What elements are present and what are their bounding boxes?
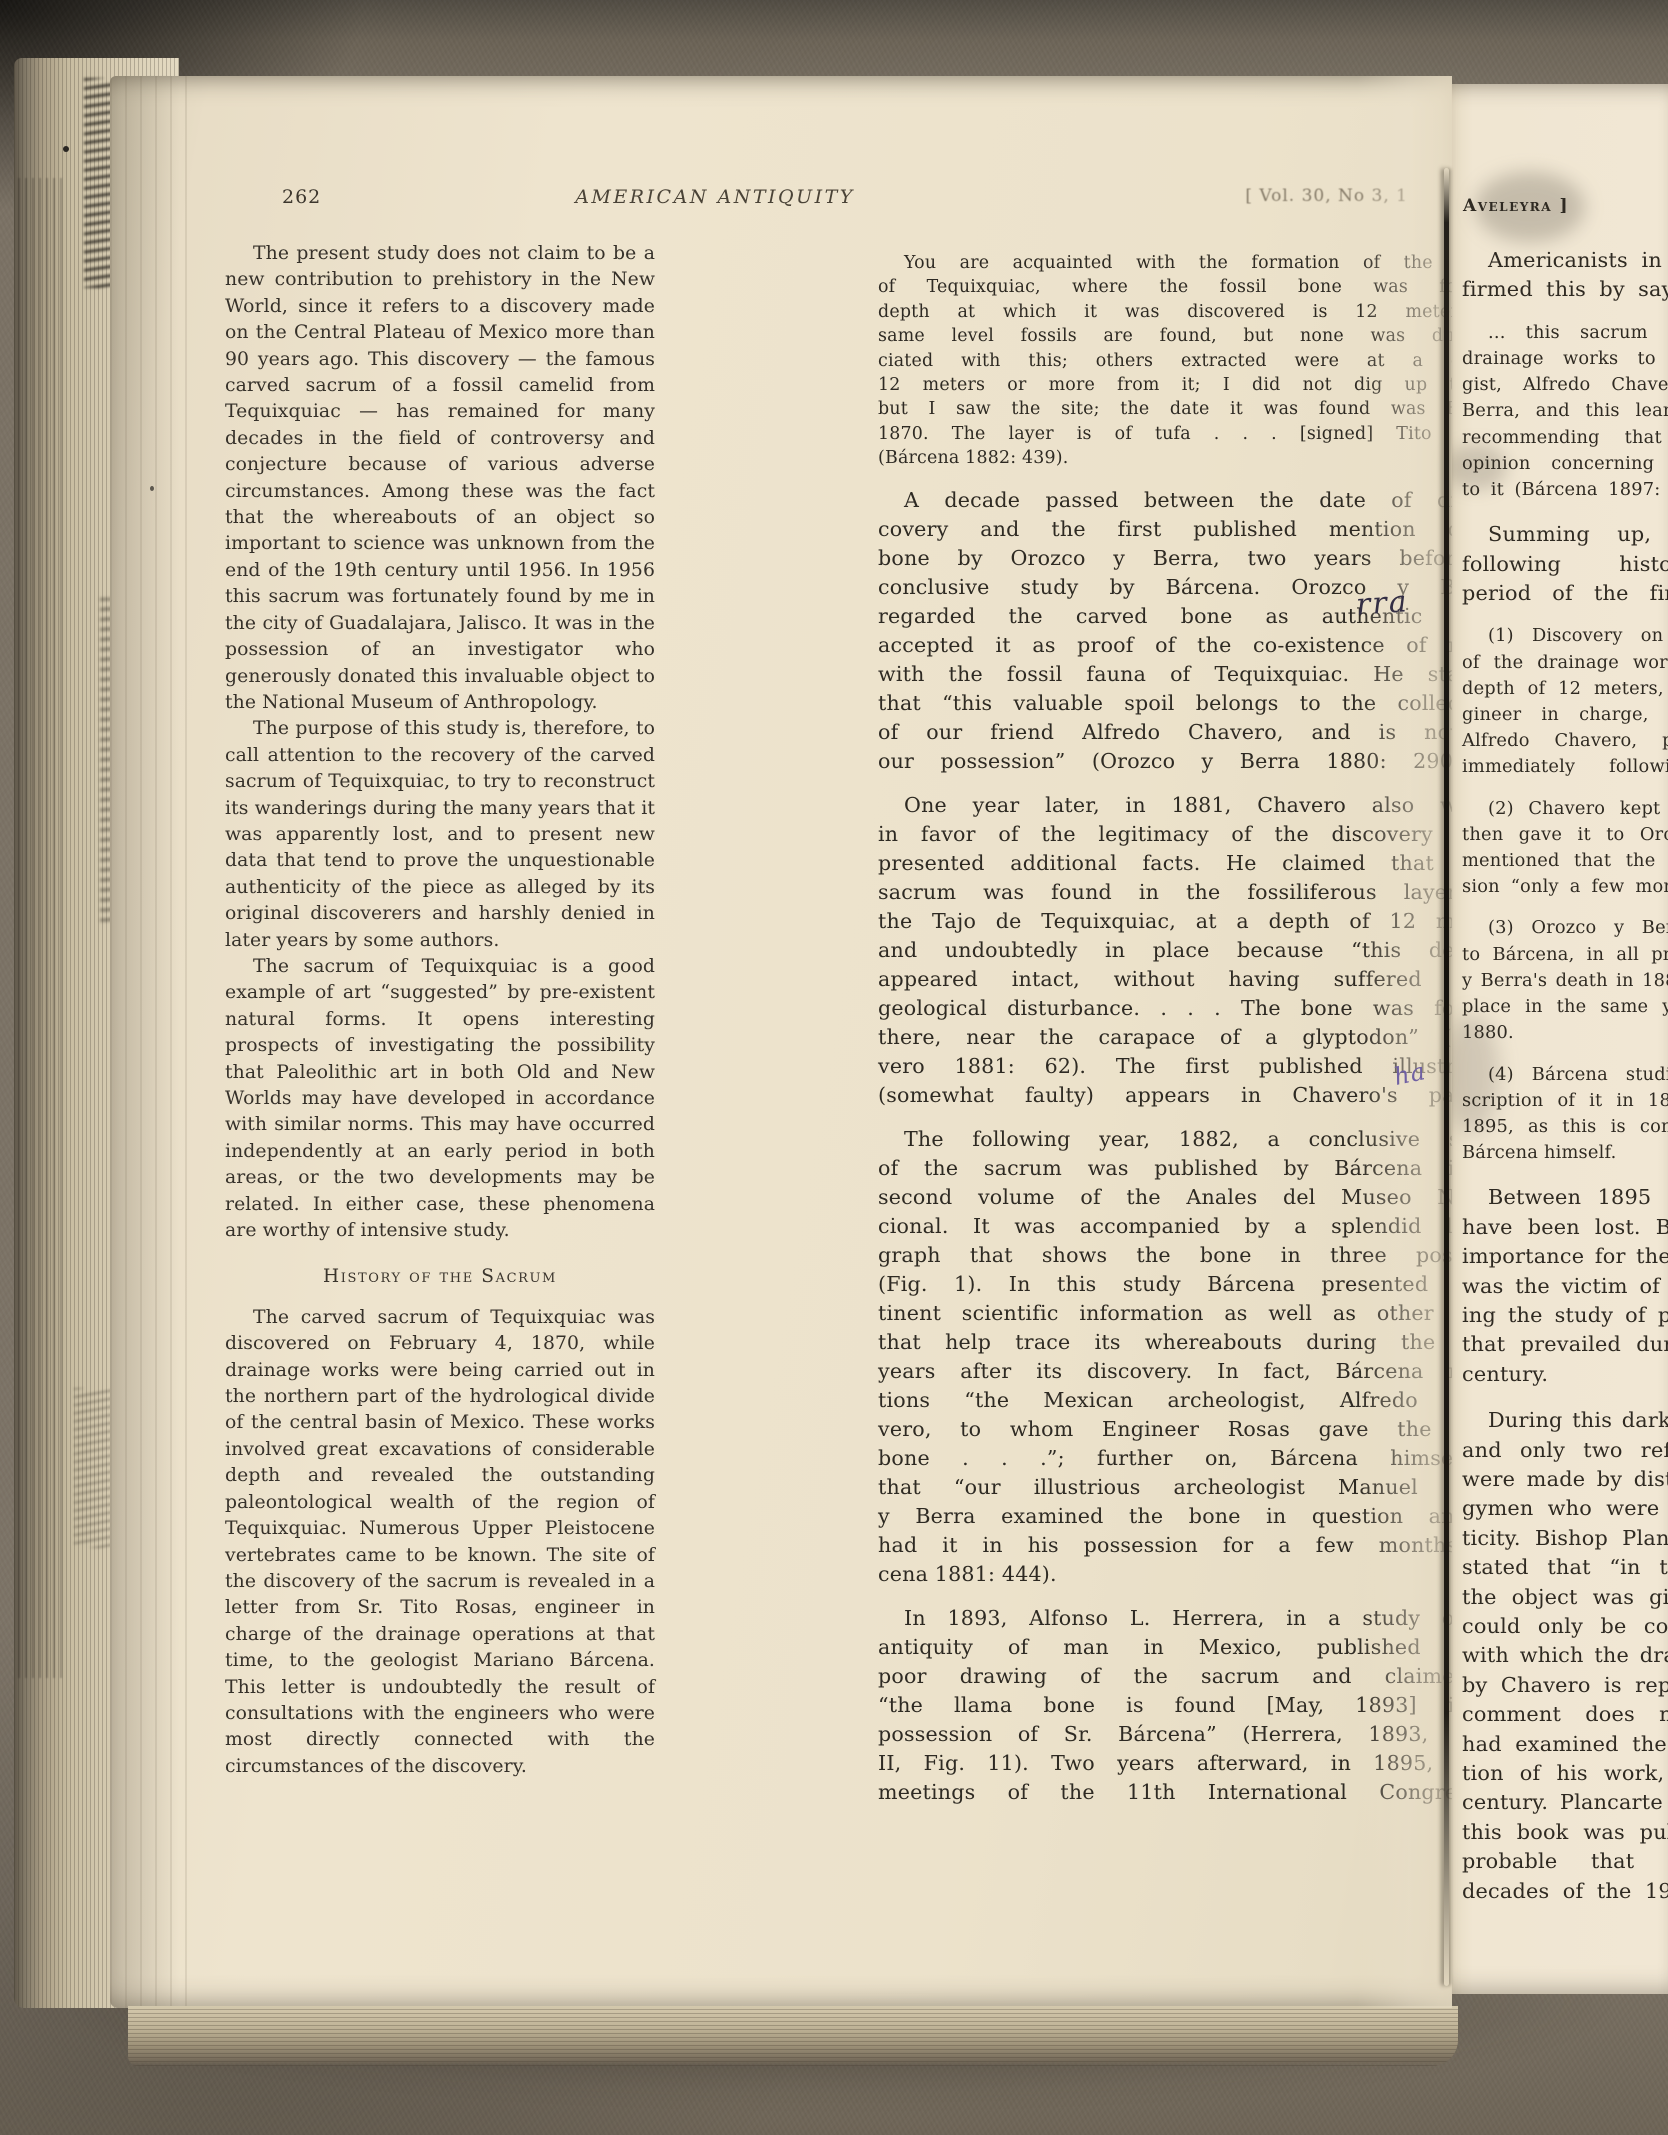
text-line: ... this sacrum wa	[1462, 320, 1668, 346]
text-line: (2) Chavero kept th	[1462, 796, 1668, 822]
text-line: depth of 12 meters, in	[1462, 676, 1668, 702]
text-line: decades of the 19th	[1462, 1877, 1668, 1906]
text-line: second volume of the Anales del Museo Na	[878, 1183, 1452, 1212]
text-line: y Berra examined the bone in question an…	[878, 1502, 1452, 1531]
text-line: bone by Orozco y Berra, two years before	[878, 544, 1452, 573]
text-line: Between 1895 an	[1462, 1183, 1668, 1212]
text-line: (somewhat faulty) appears in Chavero's p…	[878, 1081, 1452, 1110]
text-line: depth at which it was discovered is 12 m…	[878, 300, 1452, 324]
text-line: conclusive study by Bárcena. Orozco y Be	[878, 573, 1452, 602]
text-line: The following year, 1882, a conclusive s…	[878, 1125, 1452, 1154]
author-running-head: Aveleyra ]	[1463, 196, 1569, 216]
text-line: our possession” (Orozco y Berra 1880: 29…	[878, 747, 1452, 776]
numbered-item-3: (3) Orozco y Berrato Bárcena, in all pro…	[1462, 915, 1668, 1046]
decade-paragraph: A decade passed between the date of disc…	[878, 486, 1452, 776]
text-line: antiquity of man in Mexico, published a	[878, 1633, 1452, 1662]
photo-speck	[63, 146, 69, 152]
text-line: vero, to whom Engineer Rosas gave the f	[878, 1415, 1452, 1444]
history-paragraph: The carved sacrum of Tequixquiac was dis…	[225, 1305, 655, 1780]
text-line: tion of his work, n	[1462, 1759, 1668, 1788]
text-line: poor drawing of the sacrum and claimed	[878, 1662, 1452, 1691]
text-line: the object was give	[1462, 1583, 1668, 1612]
text-line: tinent scientific information as well as…	[878, 1299, 1452, 1328]
text-line: “the llama bone is found [May, 1893] in	[878, 1691, 1452, 1720]
text-line: Berra, and this learne	[1462, 398, 1668, 424]
text-line: A decade passed between the date of dis	[878, 486, 1452, 515]
numbered-item-2: (2) Chavero kept ththen gave it to Orozc…	[1462, 796, 1668, 901]
text-line: of the drainage works,	[1462, 650, 1668, 676]
left-column: The present study does not claim to be a…	[225, 241, 655, 1780]
text-line: accepted it as proof of the co-existence…	[878, 631, 1452, 660]
text-line: Bárcena himself.	[1462, 1140, 1668, 1166]
text-line: of Tequixquiac, where the fossil bone wa…	[878, 275, 1452, 299]
text-line: that “our illustrious archeologist Manue…	[878, 1473, 1452, 1502]
text-line: In 1893, Alfonso L. Herrera, in a study …	[878, 1604, 1452, 1633]
text-line: geological disturbance. . . . The bone w…	[878, 994, 1452, 1023]
dark-period-paragraph: During this dark pand only two referwere…	[1462, 1406, 1668, 1906]
text-line: firmed this by sayin	[1462, 275, 1668, 304]
journal-running-head: AMERICAN ANTIQUITY	[490, 186, 940, 208]
text-line: mentioned that the lat	[1462, 848, 1668, 874]
text-line: this book was publi	[1462, 1818, 1668, 1847]
text-line: stated that “in the	[1462, 1553, 1668, 1582]
book-photo: { "colors": { "background": "#7b7265", "…	[0, 0, 1668, 2135]
text-line: years after its discovery. In fact, Bárc…	[878, 1357, 1452, 1386]
text-line: then gave it to Orozc	[1462, 822, 1668, 848]
text-line: y Berra's death in 1881.	[1462, 968, 1668, 994]
text-line: in favor of the legitimacy of the discov…	[878, 820, 1452, 849]
text-line: same level fossils are found, but none w…	[878, 324, 1452, 348]
chavero-paragraph: One year later, in 1881, Chavero also wr…	[878, 791, 1452, 1110]
text-line: had examined the b	[1462, 1730, 1668, 1759]
text-line: and only two refer	[1462, 1436, 1668, 1465]
text-line: gineer in charge, Tit	[1462, 702, 1668, 728]
herrera-paragraph: In 1893, Alfonso L. Herrera, in a study …	[878, 1604, 1452, 1807]
text-line: had it in his possession for a few month…	[878, 1531, 1452, 1560]
text-line: covery and the first published mention o…	[878, 515, 1452, 544]
intro-paragraph: The present study does not claim to be a…	[225, 241, 655, 716]
text-line: to it (Bárcena 1897: 74	[1462, 477, 1668, 503]
bottom-page-edges	[128, 2006, 1458, 2066]
text-line: (Fig. 1). In this study Bárcena presente…	[878, 1270, 1452, 1299]
section-heading: History of the Sacrum	[225, 1264, 655, 1290]
text-line: with which the draw	[1462, 1641, 1668, 1670]
text-line: (Bárcena 1882: 439).	[878, 446, 1452, 470]
text-line: to Bárcena, in all prob	[1462, 942, 1668, 968]
left-page: 262 AMERICAN ANTIQUITY [ Vol. 30, No 3, …	[110, 76, 1452, 2008]
text-line: importance for the a	[1462, 1242, 1668, 1271]
text-line: Alfredo Chavero, pos	[1462, 728, 1668, 754]
text-line: recommending that I	[1462, 425, 1668, 451]
text-line: presented additional facts. He claimed t…	[878, 849, 1452, 878]
text-line: ing the study of pre	[1462, 1301, 1668, 1330]
text-line: the Tajo de Tequixquiac, at a depth of 1…	[878, 907, 1452, 936]
text-line: by Chavero is repre	[1462, 1671, 1668, 1700]
text-line: appeared intact, without having suffered…	[878, 965, 1452, 994]
text-line: 12 meters or more from it; I did not dig…	[878, 373, 1452, 397]
right-column: Americanists in Nfirmed this by sayin...…	[1462, 246, 1668, 1906]
text-line: was the victim of th	[1462, 1272, 1668, 1301]
text-line: following history	[1462, 550, 1668, 579]
text-line: Americanists in N	[1462, 246, 1668, 275]
text-line: immediately following	[1462, 754, 1668, 780]
text-line: have been lost. Bár	[1462, 1213, 1668, 1242]
text-line: possession of Sr. Bárcena” (Herrera, 189…	[878, 1720, 1452, 1749]
text-line: You are acquainted with the formation of…	[878, 251, 1452, 275]
text-line: regarded the carved bone as authentic a	[878, 602, 1452, 631]
text-line: 1880.	[1462, 1020, 1668, 1046]
text-line: Summing up, it	[1462, 520, 1668, 549]
text-line: and undoubtedly in place because “this d…	[878, 936, 1452, 965]
text-line: could only be conv	[1462, 1612, 1668, 1641]
photo-speck	[150, 486, 154, 491]
text-line: vero 1881: 62). The first published illu…	[878, 1052, 1452, 1081]
text-line: place in the same yea	[1462, 994, 1668, 1020]
text-line: gymen who were in	[1462, 1494, 1668, 1523]
text-line: (3) Orozco y Berra	[1462, 915, 1668, 941]
text-line: century.	[1462, 1360, 1668, 1389]
volume-reference: [ Vol. 30, No 3, 1	[1040, 186, 1408, 206]
right-page: Aveleyra ] Americanists in Nfirmed this …	[1451, 84, 1668, 1994]
text-line: ticity. Bishop Planca	[1462, 1524, 1668, 1553]
text-line: period of the first	[1462, 579, 1668, 608]
barcena-quote: ... this sacrum wadrainage works to thgi…	[1462, 320, 1668, 503]
rosas-letter-quote: You are acquainted with the formation of…	[878, 251, 1452, 471]
summing-up-paragraph: Summing up, itfollowing historyperiod of…	[1462, 520, 1668, 608]
text-line: there, near the carapace of a glyptodon”…	[878, 1023, 1452, 1052]
page-number: 262	[282, 186, 321, 208]
americanists-paragraph: Americanists in Nfirmed this by sayin	[1462, 246, 1668, 305]
middle-column: You are acquainted with the formation of…	[878, 251, 1452, 1807]
text-line: were made by distin	[1462, 1465, 1668, 1494]
numbered-item-4: (4) Bárcena studiedscription of it in 18…	[1462, 1062, 1668, 1167]
text-line: but I saw the site; the date it was foun…	[878, 397, 1452, 421]
art-paragraph: The sacrum of Tequixquiac is a good exam…	[225, 954, 655, 1244]
text-line: that prevailed durin	[1462, 1330, 1668, 1359]
text-line: meetings of the 11th International Congr…	[878, 1778, 1452, 1807]
text-line: comment does not	[1462, 1700, 1668, 1729]
text-line: with the fossil fauna of Tequixquiac. He…	[878, 660, 1452, 689]
text-line: (4) Bárcena studied	[1462, 1062, 1668, 1088]
text-line: that “this valuable spoil belongs to the…	[878, 689, 1452, 718]
text-line: tions “the Mexican archeologist, Alfredo…	[878, 1386, 1452, 1415]
text-line: probable that he	[1462, 1847, 1668, 1876]
text-line: (1) Discovery on F	[1462, 623, 1668, 649]
text-line: cena 1881: 444).	[878, 1560, 1452, 1589]
text-line: 1870. The layer is of tufa . . . [signed…	[878, 422, 1452, 446]
text-line: sion “only a few month	[1462, 874, 1668, 900]
page-edge-line	[1444, 168, 1449, 1986]
purpose-paragraph: The purpose of this study is, therefore,…	[225, 716, 655, 954]
text-line: sacrum was found in the fossiliferous la…	[878, 878, 1452, 907]
text-line: During this dark p	[1462, 1406, 1668, 1435]
numbered-item-1: (1) Discovery on Fof the drainage works,…	[1462, 623, 1668, 780]
text-line: scription of it in 1882	[1462, 1088, 1668, 1114]
barcena-paragraph: The following year, 1882, a conclusive s…	[878, 1125, 1452, 1589]
text-line: of our friend Alfredo Chavero, and is no…	[878, 718, 1452, 747]
text-line: of the sacrum was published by Bárcena i…	[878, 1154, 1452, 1183]
text-line: gist, Alfredo Chavero,	[1462, 372, 1668, 398]
text-line: that help trace its whereabouts during t…	[878, 1328, 1452, 1357]
text-line: opinion concerning th	[1462, 451, 1668, 477]
text-line: One year later, in 1881, Chavero also wr	[878, 791, 1452, 820]
text-line: 1895, as this is confir	[1462, 1114, 1668, 1140]
text-line: century. Plancarte la	[1462, 1788, 1668, 1817]
text-line: ciated with this; others extracted were …	[878, 349, 1452, 373]
text-line: bone . . .”; further on, Bárcena himself	[878, 1444, 1452, 1473]
page-curvature	[110, 76, 192, 2008]
text-line: graph that shows the bone in three posit	[878, 1241, 1452, 1270]
text-line: cional. It was accompanied by a splendid…	[878, 1212, 1452, 1241]
text-line: II, Fig. 11). Two years afterward, in 18…	[878, 1749, 1452, 1778]
between-1895-paragraph: Between 1895 anhave been lost. Bárimport…	[1462, 1183, 1668, 1389]
text-line: drainage works to th	[1462, 346, 1668, 372]
